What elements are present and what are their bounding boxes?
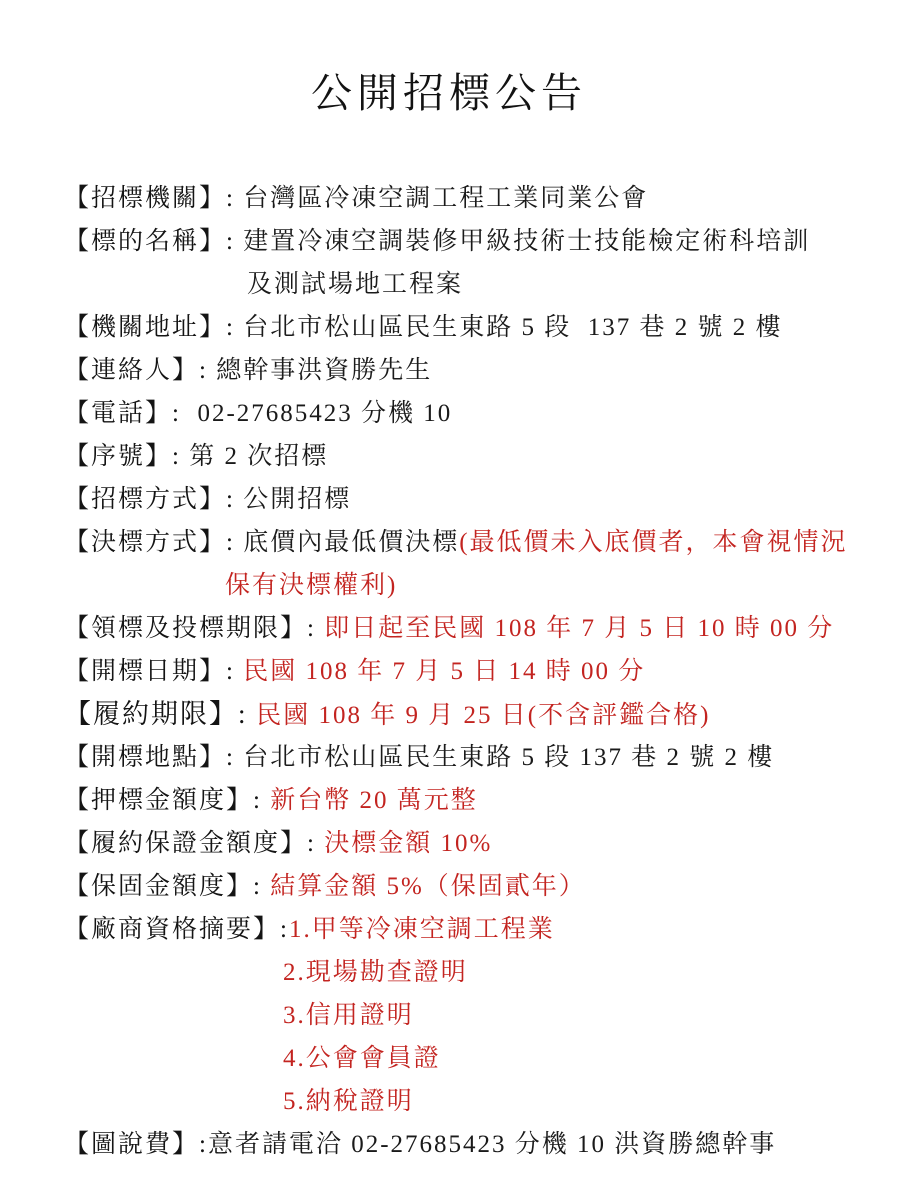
field-value-highlight: 民國 108 年 7 月 5 日 14 時 00 分 <box>243 658 645 685</box>
field-row: 【保固金額度】: 結算金額 5%（保固貳年） <box>64 865 898 908</box>
field-row: 【開標地點】: 台北市松山區民生東路 5 段 137 巷 2 號 2 樓 <box>64 736 898 779</box>
field-value: 台北市松山區民生東路 5 段 137 巷 2 號 2 樓 <box>243 744 774 771</box>
field-row: 【圖說費】:意者請電洽 02-27685423 分機 10 洪資勝總幹事 <box>64 1123 898 1166</box>
field-label: 【開標日期】: <box>64 658 243 685</box>
field-row: 【廠商資格摘要】:1.甲等冷凍空調工程業 <box>64 908 898 951</box>
field-label: 【序號】: <box>64 443 189 470</box>
field-row: 【開標日期】: 民國 108 年 7 月 5 日 14 時 00 分 <box>64 650 898 693</box>
field-row: 【履約期限】: 民國 108 年 9 月 25 日(不含評鑑合格) <box>64 693 898 736</box>
continuation-row: 保有決標權利) <box>225 564 898 607</box>
field-value: 第 2 次招標 <box>189 443 328 470</box>
document-page: 公開招標公告 【招標機關】: 台灣區冷凍空調工程工業同業公會【標的名稱】: 建置… <box>0 0 898 1200</box>
field-label: 【領標及投標期限】: <box>64 615 324 642</box>
field-label: 【保固金額度】: <box>64 873 270 900</box>
field-value: 台北市松山區民生東路 5 段 137 巷 2 號 2 樓 <box>243 314 782 341</box>
field-row: 【決標方式】: 底價內最低價決標(最低價未入底價者，本會視情況 <box>64 521 898 564</box>
field-value: 公開招標 <box>243 486 351 513</box>
field-row: 【押標金額度】: 新台幣 20 萬元整 <box>64 779 898 822</box>
continuation-row: 及測試場地工程案 <box>247 263 898 306</box>
field-value: 及測試場地工程案 <box>247 271 463 298</box>
field-value-highlight: 2.現場勘查證明 <box>283 959 468 986</box>
field-row: 【領標及投標期限】: 即日起至民國 108 年 7 月 5 日 10 時 00 … <box>64 607 898 650</box>
field-label: 【招標機關】: <box>64 185 243 212</box>
field-value-highlight: 新台幣 20 萬元整 <box>270 787 478 814</box>
field-value-highlight: 結算金額 5%（保固貳年） <box>270 873 586 900</box>
field-value-highlight: 5.納稅證明 <box>283 1088 414 1115</box>
field-row: 【電話】: 02-27685423 分機 10 <box>64 392 898 435</box>
field-row: 【履約保證金額度】: 決標金額 10% <box>64 822 898 865</box>
field-value: 總幹事洪資勝先生 <box>216 357 432 384</box>
continuation-row: 5.納稅證明 <box>283 1080 898 1123</box>
field-label: 【決標方式】: <box>64 529 243 556</box>
field-value: 底價內最低價決標 <box>243 529 459 556</box>
page-title: 公開招標公告 <box>0 64 898 122</box>
field-label: 【機關地址】: <box>64 314 243 341</box>
field-row: 【機關地址】: 台北市松山區民生東路 5 段 137 巷 2 號 2 樓 <box>64 306 898 349</box>
continuation-row: 2.現場勘查證明 <box>283 951 898 994</box>
field-value: 意者請電洽 02-27685423 分機 10 洪資勝總幹事 <box>208 1131 776 1158</box>
field-label: 【開標地點】: <box>64 744 243 771</box>
field-label: 【圖說費】: <box>64 1131 208 1158</box>
field-row: 【序號】: 第 2 次招標 <box>64 435 898 478</box>
field-value-highlight: 4.公會會員證 <box>283 1045 441 1072</box>
field-label: 【廠商資格摘要】: <box>64 916 289 943</box>
continuation-row: 4.公會會員證 <box>283 1037 898 1080</box>
continuation-row: 3.信用證明 <box>283 994 898 1037</box>
field-value: 建置冷凍空調裝修甲級技術士技能檢定術科培訓 <box>243 228 810 255</box>
field-value: 台灣區冷凍空調工程工業同業公會 <box>243 185 648 212</box>
field-value-highlight: 3.信用證明 <box>283 1002 414 1029</box>
field-label: 【履約保證金額度】: <box>64 830 324 857</box>
field-value-highlight: 保有決標權利) <box>225 572 397 599</box>
field-label: 【押標金額度】: <box>64 787 270 814</box>
field-value-highlight: (最低價未入底價者，本會視情況 <box>459 529 847 556</box>
field-label: 【連絡人】: <box>64 357 216 384</box>
field-row: 【連絡人】: 總幹事洪資勝先生 <box>64 349 898 392</box>
field-row: 【標的名稱】: 建置冷凍空調裝修甲級技術士技能檢定術科培訓 <box>64 220 898 263</box>
field-value: 02-27685423 分機 10 <box>197 400 452 427</box>
document-body: 【招標機關】: 台灣區冷凍空調工程工業同業公會【標的名稱】: 建置冷凍空調裝修甲… <box>0 177 898 1166</box>
field-label: 【電話】: <box>64 400 197 427</box>
field-label: 【履約期限】: <box>64 699 256 729</box>
field-label: 【招標方式】: <box>64 486 243 513</box>
field-label: 【標的名稱】: <box>64 228 243 255</box>
field-value-highlight: 1.甲等冷凍空調工程業 <box>289 916 555 943</box>
field-value-highlight: 即日起至民國 108 年 7 月 5 日 10 時 00 分 <box>324 615 834 642</box>
field-value-highlight: 民國 108 年 9 月 25 日(不含評鑑合格) <box>256 702 710 729</box>
field-value-highlight: 決標金額 10% <box>324 830 492 857</box>
field-row: 【招標方式】: 公開招標 <box>64 478 898 521</box>
field-row: 【招標機關】: 台灣區冷凍空調工程工業同業公會 <box>64 177 898 220</box>
